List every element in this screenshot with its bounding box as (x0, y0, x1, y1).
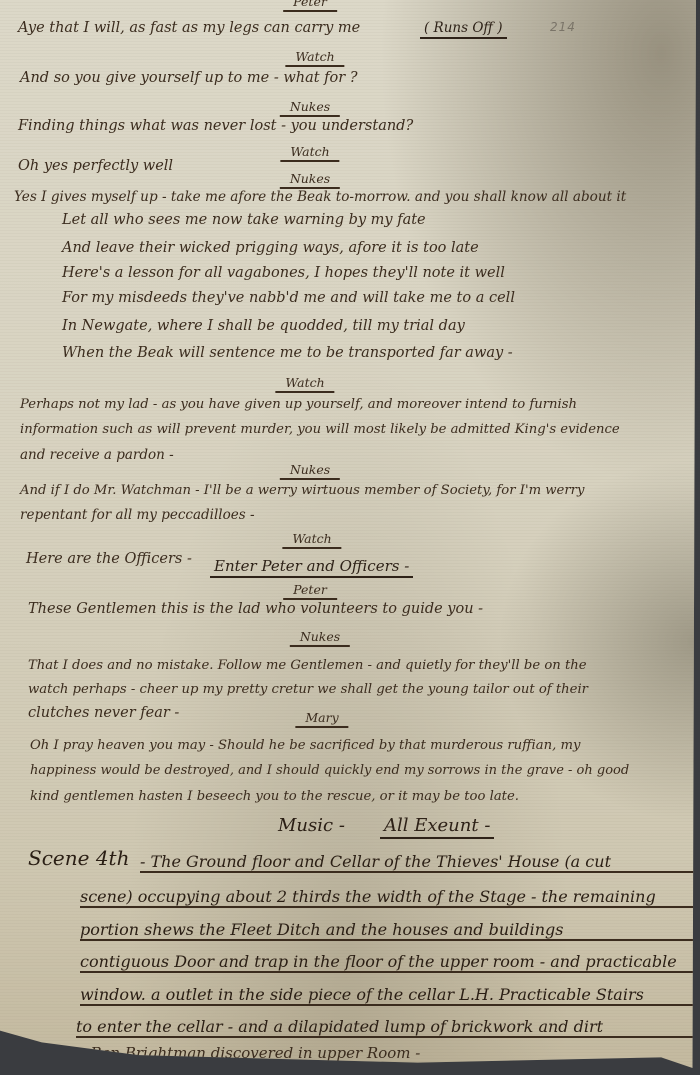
dialogue-line: clutches never fear - (28, 705, 179, 721)
speaker-nukes: Nukes (280, 462, 340, 480)
scene-description-line: to enter the cellar - and a dilapidated … (76, 1017, 695, 1038)
manuscript-page: 214 Peter Aye that I will, as fast as my… (0, 0, 696, 1068)
stage-direction-music: Music - (278, 815, 345, 836)
dialogue-line: And so you give yourself up to me - what… (20, 70, 358, 86)
speaker-watch: Watch (285, 49, 344, 67)
scene-description-line: scene) occupying about 2 thirds the widt… (80, 887, 695, 908)
scene-description-line: - The Ground floor and Cellar of the Thi… (140, 852, 695, 873)
song-line: In Newgate, where I shall be quodded, ti… (62, 318, 465, 334)
dialogue-line: and receive a pardon - (20, 447, 174, 463)
dialogue-line: watch perhaps - cheer up my pretty cretu… (28, 682, 588, 697)
dialogue-line: Oh I pray heaven you may - Should he be … (30, 738, 580, 753)
dialogue-line: These Gentlemen this is the lad who volu… (28, 601, 483, 617)
scene-heading: Scene 4th (28, 846, 129, 870)
speaker-watch: Watch (275, 375, 334, 393)
speaker-nukes: Nukes (280, 99, 340, 117)
song-line: When the Beak will sentence me to be tra… (62, 345, 513, 361)
dialogue-line: Here are the Officers - (26, 551, 192, 567)
stage-direction-exeunt: All Exeunt - (380, 815, 494, 839)
dialogue-line: repentant for all my peccadilloes - (20, 507, 255, 523)
song-line: And leave their wicked prigging ways, af… (62, 240, 479, 256)
dialogue-line: That I does and no mistake. Follow me Ge… (28, 658, 587, 673)
dialogue-line: information such as will prevent murder,… (20, 422, 620, 437)
dialogue-line: Aye that I will, as fast as my legs can … (18, 20, 360, 36)
dialogue-line: Perhaps not my lad - as you have given u… (20, 397, 577, 412)
stage-direction-enter: Enter Peter and Officers - (210, 557, 413, 578)
speaker-nukes: Nukes (290, 629, 350, 647)
scene-description-line: contiguous Door and trap in the floor of… (80, 952, 695, 973)
dialogue-line: Yes I gives myself up - take me afore th… (14, 189, 626, 205)
dialogue-line: happiness would be destroyed, and I shou… (30, 763, 629, 778)
speaker-peter: Peter (283, 582, 337, 600)
song-line: Let all who sees me now take warning by … (62, 212, 426, 228)
dialogue-line: And if I do Mr. Watchman - I'll be a wer… (20, 483, 584, 498)
dialogue-line: kind gentlemen hasten I beseech you to t… (30, 789, 519, 804)
song-line: For my misdeeds they've nabb'd me and wi… (62, 290, 515, 306)
page-number: 214 (550, 20, 576, 34)
song-line: Here's a lesson for all vagabones, I hop… (62, 265, 505, 281)
speaker-nukes: Nukes (280, 171, 340, 189)
final-stage-direction: Music - Ben Brightman discovered in uppe… (30, 1044, 420, 1062)
dialogue-line: Oh yes perfectly well (18, 158, 173, 174)
speaker-mary: Mary (295, 710, 348, 728)
speaker-watch: Watch (280, 144, 339, 162)
dialogue-line: Finding things what was never lost - you… (18, 118, 413, 134)
speaker-peter: Peter (283, 0, 337, 12)
scene-description-line: portion shews the Fleet Ditch and the ho… (80, 920, 695, 941)
stage-direction-runs-off: ( Runs Off ) (420, 20, 507, 39)
speaker-watch: Watch (282, 531, 341, 549)
scene-description-line: window. a outlet in the side piece of th… (80, 985, 695, 1006)
